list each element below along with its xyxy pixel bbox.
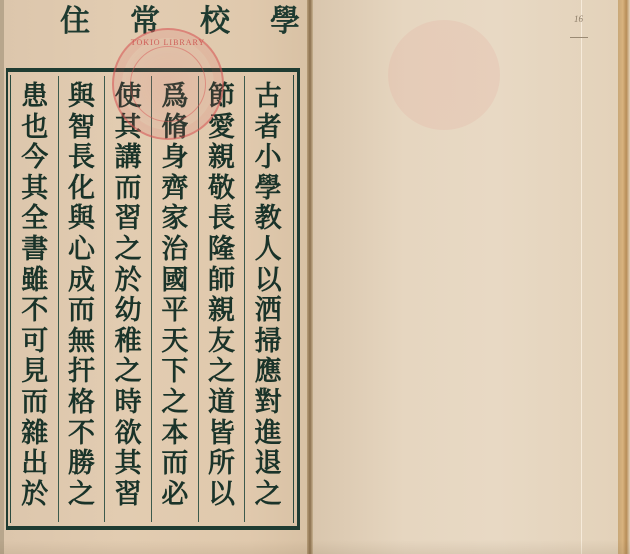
char: 平: [161, 296, 188, 327]
char: 扞: [68, 357, 95, 388]
char: 講: [115, 143, 142, 174]
char: 不: [21, 296, 48, 327]
char: 掃: [255, 327, 282, 358]
char: 之: [161, 388, 188, 419]
char: 與: [68, 82, 95, 113]
char: 成: [68, 266, 95, 297]
char: 之: [115, 357, 142, 388]
char: 之: [68, 480, 95, 511]
char: 幼: [115, 296, 142, 327]
char: 無: [68, 327, 95, 358]
char: 小: [255, 143, 282, 174]
char: 之: [115, 235, 142, 266]
char: 雜: [21, 419, 48, 450]
char: 國: [161, 266, 188, 297]
char: 者: [255, 113, 282, 144]
seal-bleed-through: [388, 20, 500, 130]
char: 而: [21, 388, 48, 419]
page-edges: [618, 0, 630, 554]
text-column-3: 爲 脩 身 齊 家 治 國 平 天 下 之 本 而 必: [151, 76, 198, 522]
char: 書: [21, 235, 48, 266]
char: 齊: [161, 174, 188, 205]
char: 退: [255, 449, 282, 480]
char: 長: [68, 143, 95, 174]
char: 以: [255, 266, 282, 297]
right-page: [313, 0, 618, 554]
char: 以: [208, 480, 235, 511]
char: 師: [208, 266, 235, 297]
char: 患: [21, 82, 48, 113]
char: 時: [115, 388, 142, 419]
char: 雖: [21, 266, 48, 297]
char: 必: [161, 480, 188, 511]
char: 全: [21, 204, 48, 235]
title-char: 學: [270, 2, 300, 42]
page-fold-line: [581, 0, 582, 554]
char: 而: [68, 296, 95, 327]
char: 本: [161, 419, 188, 450]
library-seal-inner-ring: [130, 46, 206, 122]
library-seal: TOKIO LIBRARY: [112, 28, 224, 140]
char: 其: [115, 449, 142, 480]
library-seal-text: TOKIO LIBRARY: [114, 38, 222, 47]
char: 古: [255, 82, 282, 113]
char: 其: [21, 174, 48, 205]
char: 化: [68, 174, 95, 205]
char: 與: [68, 204, 95, 235]
char: 而: [161, 449, 188, 480]
char: 智: [68, 113, 95, 144]
folio-mark: 16: [574, 14, 583, 24]
char: 於: [115, 266, 142, 297]
left-page: 學 校 常 住 古 者 小 學 教 人 以 洒 掃 應: [0, 0, 310, 554]
char: 對: [255, 388, 282, 419]
char: 親: [208, 143, 235, 174]
char: 人: [255, 235, 282, 266]
char: 應: [255, 357, 282, 388]
bottom-shadow: [0, 540, 630, 554]
char: 心: [68, 235, 95, 266]
char: 治: [161, 235, 188, 266]
char: 之: [255, 480, 282, 511]
char: 之: [208, 357, 235, 388]
char: 於: [21, 480, 48, 511]
char: 下: [161, 357, 188, 388]
left-page-edge: [0, 0, 4, 554]
char: 敬: [208, 174, 235, 205]
text-column-6: 患 也 今 其 全 書 雖 不 可 見 而 雜 出 於: [12, 76, 58, 522]
char: 長: [208, 204, 235, 235]
folio-underline: [570, 37, 588, 38]
text-columns: 古 者 小 學 教 人 以 洒 掃 應 對 進 退 之 節 愛: [12, 76, 291, 522]
char: 親: [208, 296, 235, 327]
char: 身: [161, 143, 188, 174]
char: 習: [115, 480, 142, 511]
char: 天: [161, 327, 188, 358]
char: 也: [21, 113, 48, 144]
char: 所: [208, 449, 235, 480]
char: 稚: [115, 327, 142, 358]
title-char: 校: [200, 2, 230, 42]
text-column-2: 節 愛 親 敬 長 隆 師 親 友 之 道 皆 所 以: [198, 76, 245, 522]
char: 出: [21, 449, 48, 480]
char: 勝: [68, 449, 95, 480]
char: 皆: [208, 419, 235, 450]
char: 教: [255, 204, 282, 235]
char: 格: [68, 388, 95, 419]
text-column-5: 與 智 長 化 與 心 成 而 無 扞 格 不 勝 之: [58, 76, 105, 522]
char: 可: [21, 327, 48, 358]
text-column-1: 古 者 小 學 教 人 以 洒 掃 應 對 進 退 之: [244, 76, 291, 522]
char: 學: [255, 174, 282, 205]
char: 欲: [115, 419, 142, 450]
char: 進: [255, 419, 282, 450]
char: 而: [115, 174, 142, 205]
char: 洒: [255, 296, 282, 327]
char: 友: [208, 327, 235, 358]
book-spread: 學 校 常 住 古 者 小 學 教 人 以 洒 掃 應: [0, 0, 630, 554]
text-column-4: 使 其 講 而 習 之 於 幼 稚 之 時 欲 其 習: [104, 76, 151, 522]
char: 隆: [208, 235, 235, 266]
char: 不: [68, 419, 95, 450]
title-char: 住: [60, 2, 90, 42]
char: 家: [161, 204, 188, 235]
char: 道: [208, 388, 235, 419]
char: 今: [21, 143, 48, 174]
char: 見: [21, 357, 48, 388]
char: 習: [115, 204, 142, 235]
